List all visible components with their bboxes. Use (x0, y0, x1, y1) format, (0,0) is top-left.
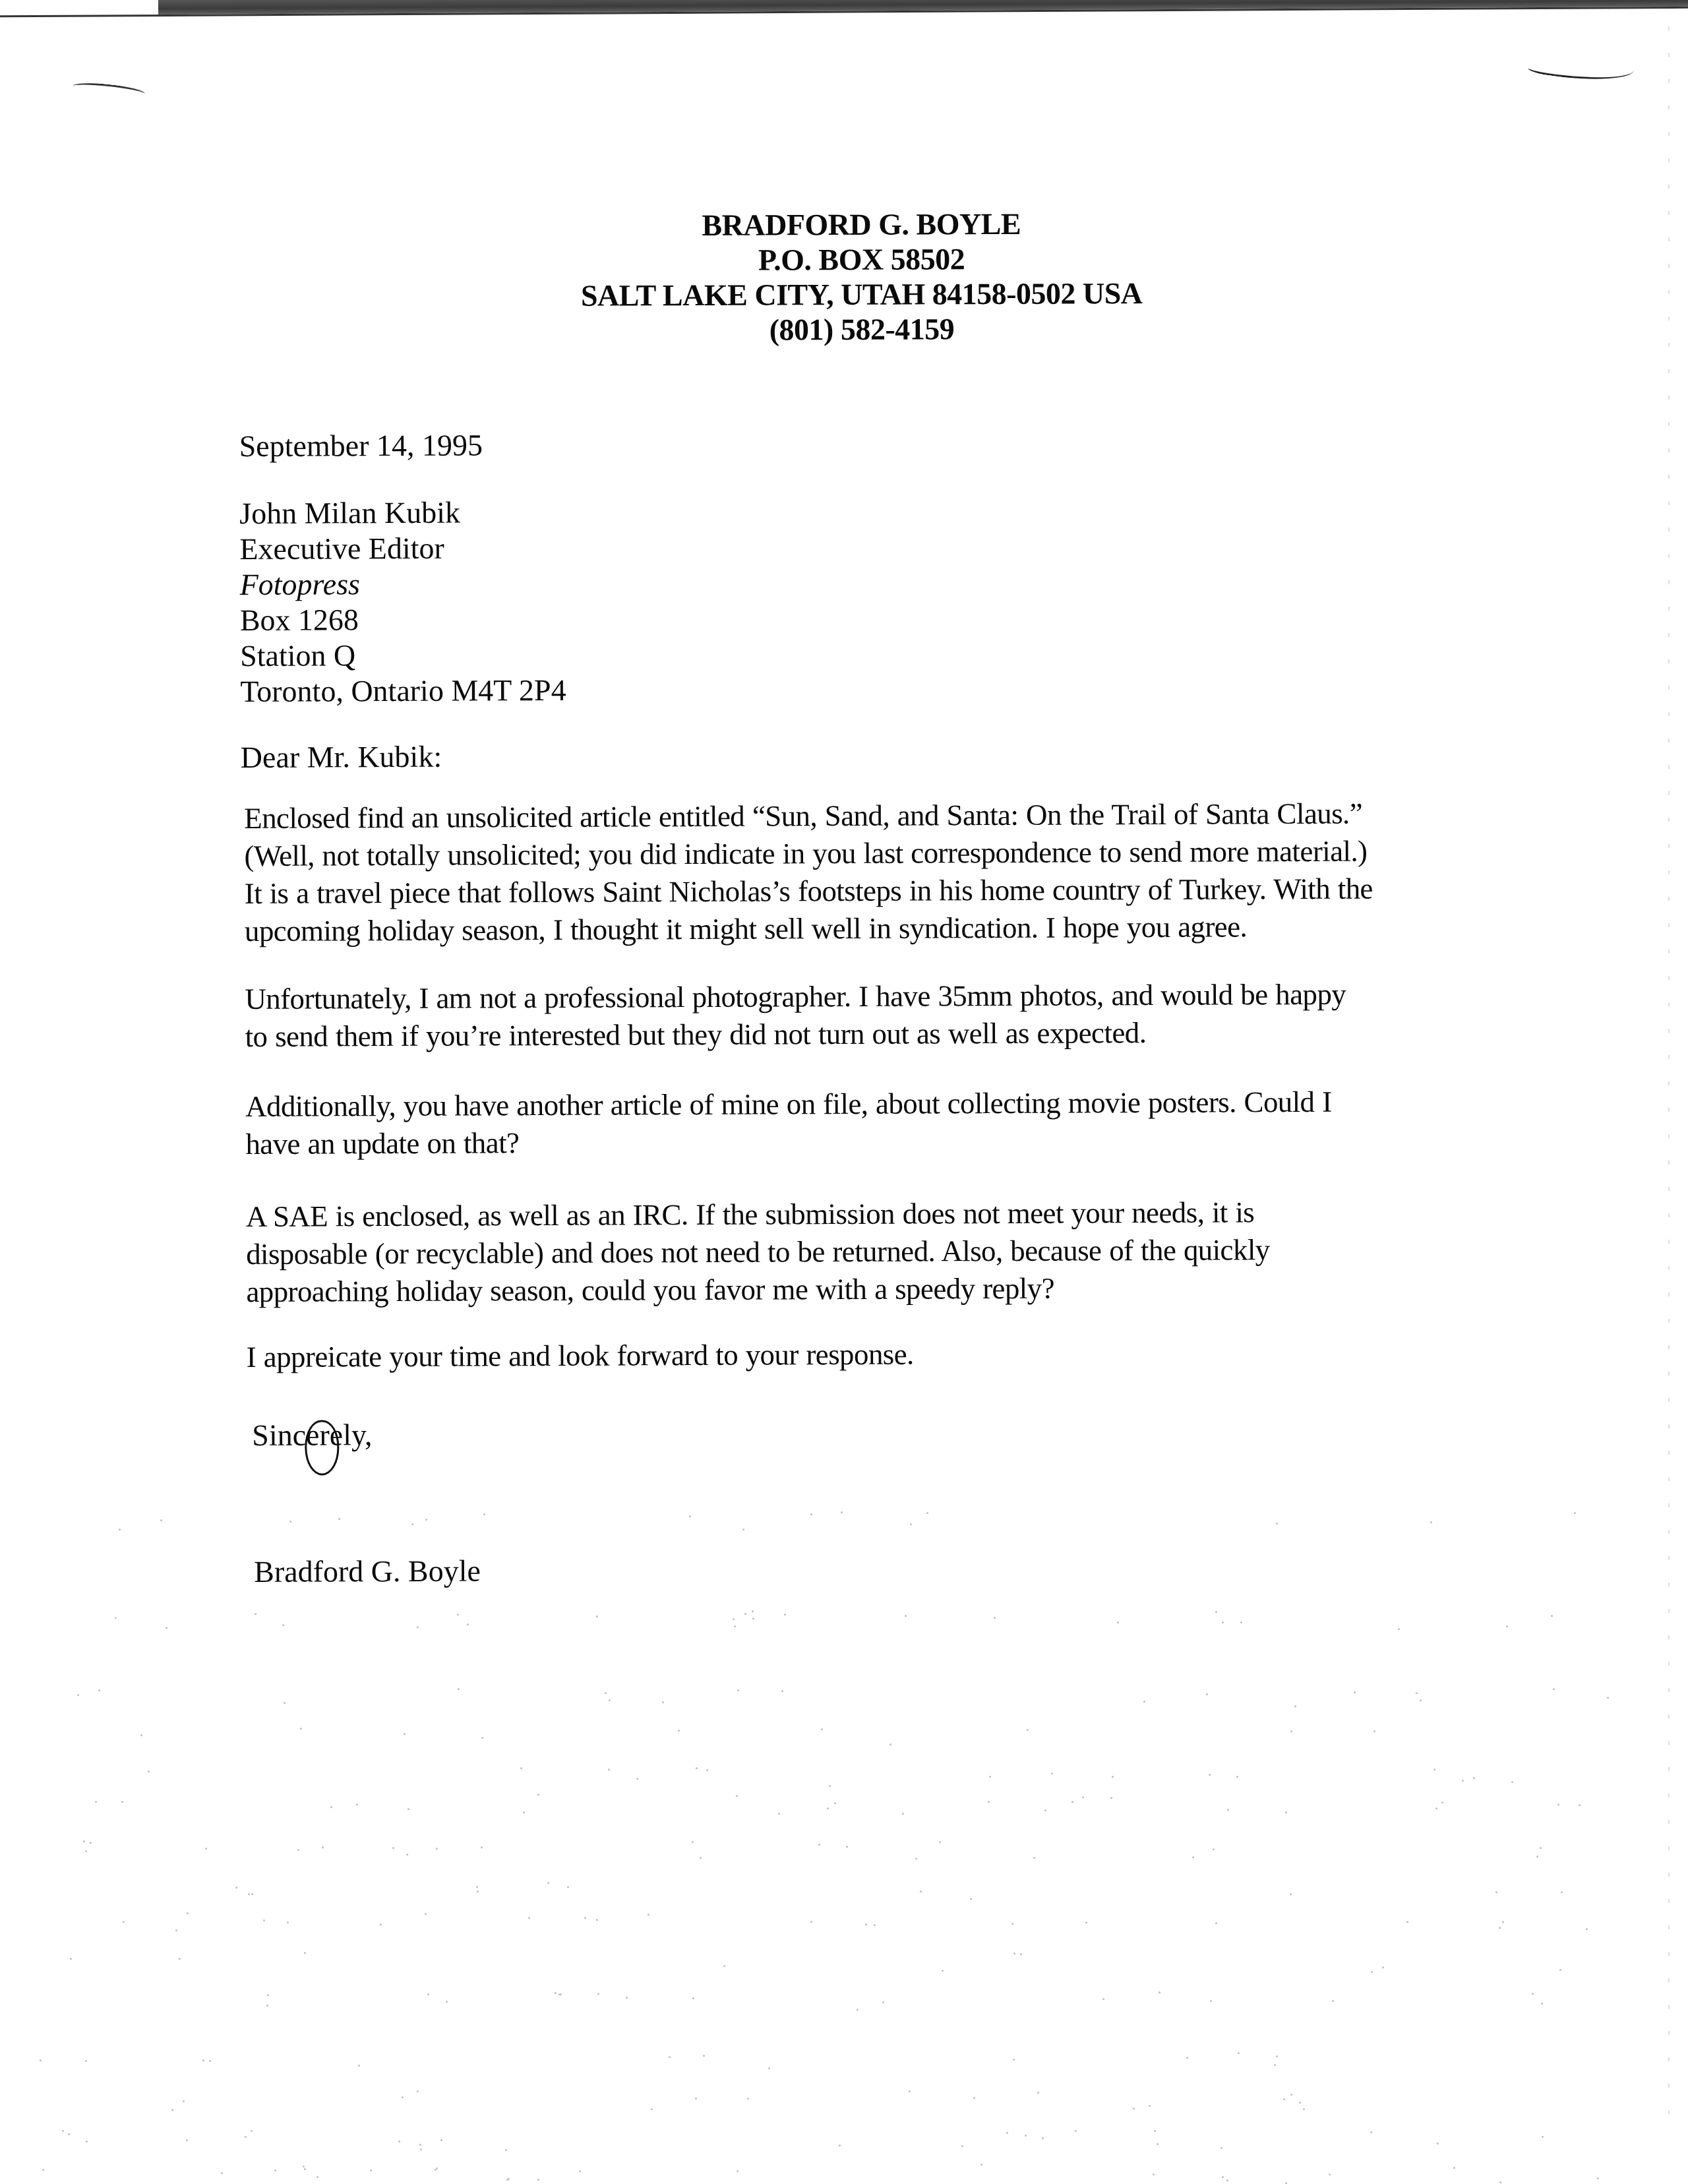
scan-speck (821, 1728, 823, 1730)
scan-speck (1541, 2003, 1543, 2005)
scan-speck (596, 1616, 598, 1618)
scan-speck (703, 2055, 705, 2057)
scan-speck (547, 1882, 549, 1884)
scan-speck (1240, 1622, 1242, 1623)
scan-speck (121, 1801, 123, 1803)
body-line: upcoming holiday season, I thought it mi… (245, 907, 1445, 950)
scan-speck (1027, 1729, 1029, 1731)
scan-speck (506, 2179, 508, 2181)
scan-speck (1506, 1625, 1508, 1627)
scan-speck (1382, 1966, 1384, 1968)
scan-speck (98, 1689, 100, 1691)
scan-speck (140, 1734, 142, 1736)
scan-speck (1462, 1780, 1464, 1782)
scan-speck (1085, 1922, 1087, 1924)
scan-speck (221, 2172, 223, 2174)
scan-speck (419, 2144, 421, 2146)
scan-speck (166, 1627, 167, 1629)
scan-speck (420, 2148, 422, 2150)
scan-speck (1075, 2130, 1077, 2132)
scan-speck (1597, 2177, 1599, 2179)
scan-speck (669, 2056, 671, 2058)
scan-speck (115, 1617, 117, 1619)
scan-speck (202, 2059, 204, 2061)
scan-speck (1222, 2176, 1224, 2178)
scan-speck (85, 2060, 87, 2062)
scan-speck (245, 2136, 247, 2138)
scan-speck (834, 1802, 836, 1804)
scan-speck (1227, 1809, 1229, 1811)
scan-speck (1290, 2094, 1292, 2096)
scan-speck (609, 1699, 611, 1701)
scan-speck (1511, 1781, 1513, 1783)
scan-speck (148, 1771, 150, 1773)
scan-speck (1276, 1523, 1278, 1525)
scan-speck (706, 1769, 708, 1771)
scan-speck (970, 1898, 972, 1900)
scan-speck (330, 1806, 332, 1808)
scan-speck (505, 2149, 507, 2151)
scan-speck (1221, 2147, 1222, 2149)
scan-speck (839, 2144, 841, 2146)
scan-speck (358, 2065, 360, 2067)
scan-speck (1433, 1769, 1435, 1771)
scan-speck (1435, 1807, 1437, 1809)
scan-speck (123, 1921, 125, 1923)
scan-speck (1303, 2108, 1305, 2110)
scan-speck (1274, 2064, 1276, 2066)
scan-speck (398, 2140, 400, 2142)
scan-speck (289, 1521, 291, 1523)
scan-speck (446, 2001, 448, 2003)
body-paragraph: I appreicate your time and look forward … (247, 1333, 1447, 1376)
scan-speck (829, 1785, 831, 1787)
scan-speck (95, 1801, 97, 1803)
scan-speck (1551, 1615, 1553, 1617)
scan-speck (989, 1776, 991, 1778)
scan-speck (255, 1613, 256, 1615)
scan-speck (404, 1733, 406, 1735)
scan-speck (62, 2130, 64, 2132)
scan-speck (692, 1841, 694, 1843)
scan-speck (481, 1737, 483, 1739)
scan-speck (596, 1919, 598, 1921)
scan-speck (882, 2001, 884, 2003)
body-line: It is a travel piece that follows Saint … (245, 870, 1445, 913)
scan-speck (734, 1625, 736, 1627)
scan-speck (1532, 1993, 1534, 1995)
scan-speck (1354, 1691, 1356, 1693)
scan-speck (251, 1893, 253, 1895)
body-paragraph: Additionally, you have another article o… (245, 1083, 1445, 1163)
scan-speck (1430, 1521, 1432, 1523)
body-paragraph: Unfortunately, I am not a professional p… (245, 975, 1445, 1056)
scan-speck (1011, 1923, 1013, 1925)
scan-speck (648, 1914, 649, 1916)
letterhead: BRADFORD G. BOYLE P.O. BOX 58502 SALT LA… (0, 203, 1686, 350)
scan-speck (942, 1970, 944, 1972)
scan-speck (425, 1913, 427, 1915)
scan-speck (980, 2164, 982, 2166)
scan-speck (1285, 1811, 1287, 1813)
scan-speck (733, 1618, 735, 1620)
body-paragraph: Enclosed find an unsolicited article ent… (244, 795, 1445, 950)
scan-speck (267, 1994, 269, 1996)
scan-speck (1441, 1802, 1443, 1804)
scan-speck (68, 2133, 70, 2135)
scan-speck (304, 1952, 306, 1954)
scan-speck (523, 1811, 525, 1813)
scan-speck (1013, 2059, 1015, 2061)
scan-speck (920, 1891, 922, 1893)
scan-speck (1082, 1796, 1084, 1798)
scan-speck (440, 2139, 442, 2141)
recipient-box: Box 1268 (240, 601, 566, 638)
scan-speck (1283, 2098, 1285, 2100)
scan-speck (1213, 1848, 1215, 1850)
scan-speck (608, 1769, 610, 1771)
scan-speck (42, 2169, 44, 2171)
scan-speck (467, 1623, 469, 1625)
scan-speck (902, 1813, 904, 1815)
scan-speck (235, 1887, 237, 1889)
scan-speck (406, 1854, 408, 1856)
scan-speck (961, 2145, 963, 2147)
scan-speck (248, 1893, 250, 1895)
scan-speck (187, 1912, 189, 1914)
scan-speck (1607, 1697, 1609, 1699)
scan-speck (179, 1958, 181, 1960)
scan-speck (370, 2169, 372, 2171)
scan-speck (1553, 1688, 1555, 1690)
scan-speck (910, 1523, 912, 1525)
scan-speck (678, 1730, 680, 1732)
scan-speck (736, 1795, 738, 1797)
scan-speck (827, 1807, 829, 1809)
scan-speck (1192, 1856, 1194, 1858)
scan-speck (695, 2098, 697, 2100)
scan-speck (1579, 1804, 1581, 1806)
scan-speck (284, 1702, 286, 1704)
scan-speck (303, 2166, 305, 2168)
scan-speck (752, 1610, 754, 1612)
scan-speck (417, 2090, 419, 2092)
scan-speck (1299, 2102, 1301, 2104)
scan-speck (1110, 1797, 1112, 1799)
scan-speck (1157, 2143, 1159, 2145)
scan-speck (1133, 2108, 1135, 2109)
scan-speck (458, 1688, 460, 1690)
salutation: Dear Mr. Kubik: (241, 739, 442, 775)
scan-speck (119, 1529, 121, 1531)
scan-speck (1290, 1893, 1292, 1895)
scan-speck (1006, 2132, 1008, 2134)
scan-speck (483, 1513, 485, 1515)
scan-speck (175, 1929, 177, 1931)
scan-speck (994, 1617, 996, 1619)
scan-speck (1329, 2173, 1331, 2175)
scan-speck (1290, 1730, 1292, 1732)
scan-speck (889, 1744, 891, 1745)
scan-speck (183, 2100, 185, 2102)
scan-speck (457, 1614, 459, 1616)
scan-speck (356, 1804, 358, 1805)
scan-speck (1236, 1776, 1238, 1778)
scan-speck (810, 1921, 812, 1923)
scan-speck (205, 1848, 207, 1850)
scan-speck (744, 1613, 746, 1615)
scan-speck (1033, 1857, 1035, 1859)
scan-speck (1051, 1773, 1053, 1774)
scan-speck (692, 1997, 694, 1999)
scan-speck (1406, 1921, 1408, 1923)
scan-speck (251, 2130, 253, 2132)
scan-speck (1209, 1774, 1211, 1776)
scan-speck (818, 1844, 820, 1846)
scan-speck (926, 1512, 928, 1514)
scan-speck (737, 2170, 738, 2172)
scan-speck (1013, 1953, 1015, 1955)
body-line: A SAE is enclosed, as well as an IRC. If… (246, 1193, 1446, 1236)
scan-speck (1186, 2057, 1188, 2059)
scan-speck (316, 2176, 318, 2178)
scan-speck (1102, 1998, 1104, 2000)
scan-speck (636, 1778, 638, 1780)
scan-speck (1112, 1776, 1114, 1778)
letter-date: September 14, 1995 (239, 427, 483, 464)
scan-speck (425, 1519, 427, 1521)
scan-speck (555, 1992, 557, 1994)
scan-speck (1502, 1921, 1504, 1923)
scan-speck (1536, 1856, 1538, 1858)
scan-speck (297, 1849, 299, 1851)
scan-speck (427, 1993, 429, 1995)
scan-speck (1143, 1701, 1145, 1703)
scan-speck (1215, 1922, 1217, 1924)
body-line: Unfortunately, I am not a professional p… (245, 975, 1445, 1018)
letter-page: BRADFORD G. BOYLE P.O. BOX 58502 SALT LA… (0, 0, 1688, 2184)
recipient-station: Station Q (240, 637, 566, 674)
scan-speck (1332, 2000, 1334, 2002)
scan-speck (1499, 1927, 1501, 1929)
scan-speck (322, 1846, 324, 1848)
scan-speck (287, 1922, 289, 1924)
scan-speck (85, 1850, 87, 1852)
scan-speck (1499, 2181, 1501, 2183)
scan-speck (380, 1924, 382, 1926)
scan-speck (1042, 2137, 1044, 2139)
signer-name: Bradford G. Boyle (254, 1553, 481, 1589)
body-line: I appreicate your time and look forward … (247, 1333, 1447, 1376)
scan-speck (282, 1624, 284, 1626)
scan-speck (700, 1857, 702, 1859)
scan-speck (1371, 1971, 1373, 1973)
scan-speck (1206, 1693, 1208, 1695)
scan-speck (1215, 1611, 1217, 1613)
scan-speck (1238, 2052, 1240, 2054)
scan-speck (407, 1808, 409, 1810)
scan-speck (778, 1813, 780, 1815)
scan-speck (1276, 2055, 1278, 2057)
body-line: (Well, not totally unsolicited; you did … (244, 832, 1444, 875)
scan-speck (988, 1801, 990, 1803)
scan-speck (1149, 2105, 1151, 2107)
scan-speck (915, 1858, 917, 1860)
scan-speck (1159, 1991, 1160, 1993)
recipient-city: Toronto, Ontario M4T 2P4 (240, 673, 566, 710)
recipient-publication: Fotopress (240, 566, 566, 603)
body-line: Enclosed find an unsolicited article ent… (244, 795, 1444, 837)
scan-speck (1416, 1692, 1418, 1694)
scan-speck (1437, 2142, 1439, 2144)
scan-speck (973, 2097, 975, 2099)
scan-speck (841, 1511, 843, 1513)
scan-speck (481, 1846, 483, 1848)
scan-speck (567, 1886, 569, 1888)
scan-speck (905, 1615, 907, 1617)
scan-speck (1373, 1730, 1375, 1732)
scan-speck (300, 1728, 302, 1730)
scan-speck (86, 2140, 88, 2142)
scan-speck (304, 2168, 306, 2170)
scan-speck (737, 1689, 739, 1691)
scan-speck (1226, 2179, 1228, 2181)
scan-speck (1453, 2167, 1455, 2169)
scan-speck (186, 2139, 188, 2141)
scan-speck (1154, 2130, 1156, 2132)
scan-speck (784, 1614, 786, 1616)
scan-speck (402, 2096, 404, 2098)
scan-speck (1222, 1622, 1224, 1623)
scan-speck (626, 1997, 628, 1999)
scan-speck (1071, 1801, 1073, 1803)
recipient-name: John Milan Kubik (239, 495, 565, 531)
body-line: to send them if you’re interested but th… (245, 1013, 1445, 1056)
scan-speck (537, 2179, 539, 2181)
scan-speck (1398, 1628, 1400, 1630)
scan-speck (846, 1846, 848, 1848)
scan-speck (77, 1694, 79, 1696)
scan-speck (70, 1958, 72, 1960)
scan-speck (579, 2170, 581, 2172)
scan-speck (651, 2108, 653, 2110)
scan-speck (768, 2067, 770, 2069)
scan-speck (874, 1924, 876, 1926)
scan-speck (1586, 1928, 1588, 1930)
scan-speck (752, 1618, 754, 1620)
scan-speck (436, 2168, 438, 2169)
scan-speck (1561, 1891, 1563, 1893)
scan-speck (662, 1701, 664, 1703)
scan-speck (90, 1842, 92, 1844)
scan-speck (266, 2005, 268, 2007)
scan-speck (689, 1515, 691, 1517)
scan-speck (411, 1523, 413, 1525)
scan-speck (939, 1841, 941, 1843)
scan-speck (477, 1891, 479, 1893)
scan-speck (1294, 1705, 1296, 1707)
scan-speck (520, 1767, 522, 1769)
scan-speck (338, 1518, 340, 1520)
handwritten-ink-mark (305, 1420, 339, 1475)
scan-speck (1420, 1699, 1422, 1701)
scan-speck (274, 2169, 276, 2171)
scan-speck (909, 2090, 911, 2092)
sender-phone: (801) 582-4159 (38, 308, 1686, 350)
recipient-address: John Milan Kubik Executive Editor Fotopr… (239, 495, 566, 710)
scan-speck (865, 1924, 867, 1926)
scan-speck (696, 1767, 698, 1769)
scan-speck (528, 1917, 530, 1919)
scan-speck (537, 1794, 539, 1796)
scan-speck (1153, 2173, 1155, 2175)
scan-speck (857, 2009, 859, 2011)
scan-speck (810, 1513, 812, 1515)
scan-speck (1037, 2092, 1039, 2094)
scan-speck (781, 1690, 783, 1692)
scan-speck (392, 1847, 394, 1849)
scan-speck (742, 1529, 744, 1531)
scan-speck (558, 1993, 560, 1995)
scan-speck (209, 2060, 211, 2062)
scan-speck (1557, 1804, 1559, 1805)
scan-speck (1540, 1847, 1542, 1849)
scan-speck (1210, 2000, 1212, 2002)
scan-speck (436, 1848, 438, 1850)
body-paragraph: A SAE is enclosed, as well as an IRC. If… (246, 1193, 1447, 1311)
body-line: have an update on that? (245, 1120, 1445, 1163)
scan-speck (1044, 1809, 1046, 1811)
scan-speck (171, 2109, 173, 2111)
body-line: approaching holiday season, could you fa… (246, 1268, 1446, 1311)
scan-speck (417, 1626, 419, 1628)
scan-speck (476, 1886, 478, 1888)
body-line: Additionally, you have another article o… (245, 1083, 1445, 1126)
scan-speck (723, 1965, 725, 1967)
scan-speck (1542, 2136, 1544, 2138)
scan-speck (747, 2098, 749, 2100)
scan-speck (1495, 1891, 1497, 1893)
scan-speck (1559, 1969, 1561, 1971)
scan-speck (605, 1692, 607, 1694)
scan-speck (1020, 1953, 1022, 1955)
body-line: disposable (or recyclable) and does not … (246, 1230, 1446, 1273)
scan-speck (83, 1840, 85, 1842)
scan-speck (1370, 2131, 1372, 2133)
scan-speck (584, 1917, 586, 1919)
scan-speck (1574, 1512, 1576, 1514)
scan-speck (597, 1993, 599, 1995)
scan-speck (40, 2059, 42, 2061)
recipient-title: Executive Editor (239, 530, 565, 567)
scan-speck (1025, 2135, 1027, 2137)
scan-speck (160, 1519, 162, 1521)
scan-speck (263, 1920, 265, 1922)
scan-speck (1117, 1622, 1119, 1623)
scan-speck (1473, 1777, 1475, 1779)
